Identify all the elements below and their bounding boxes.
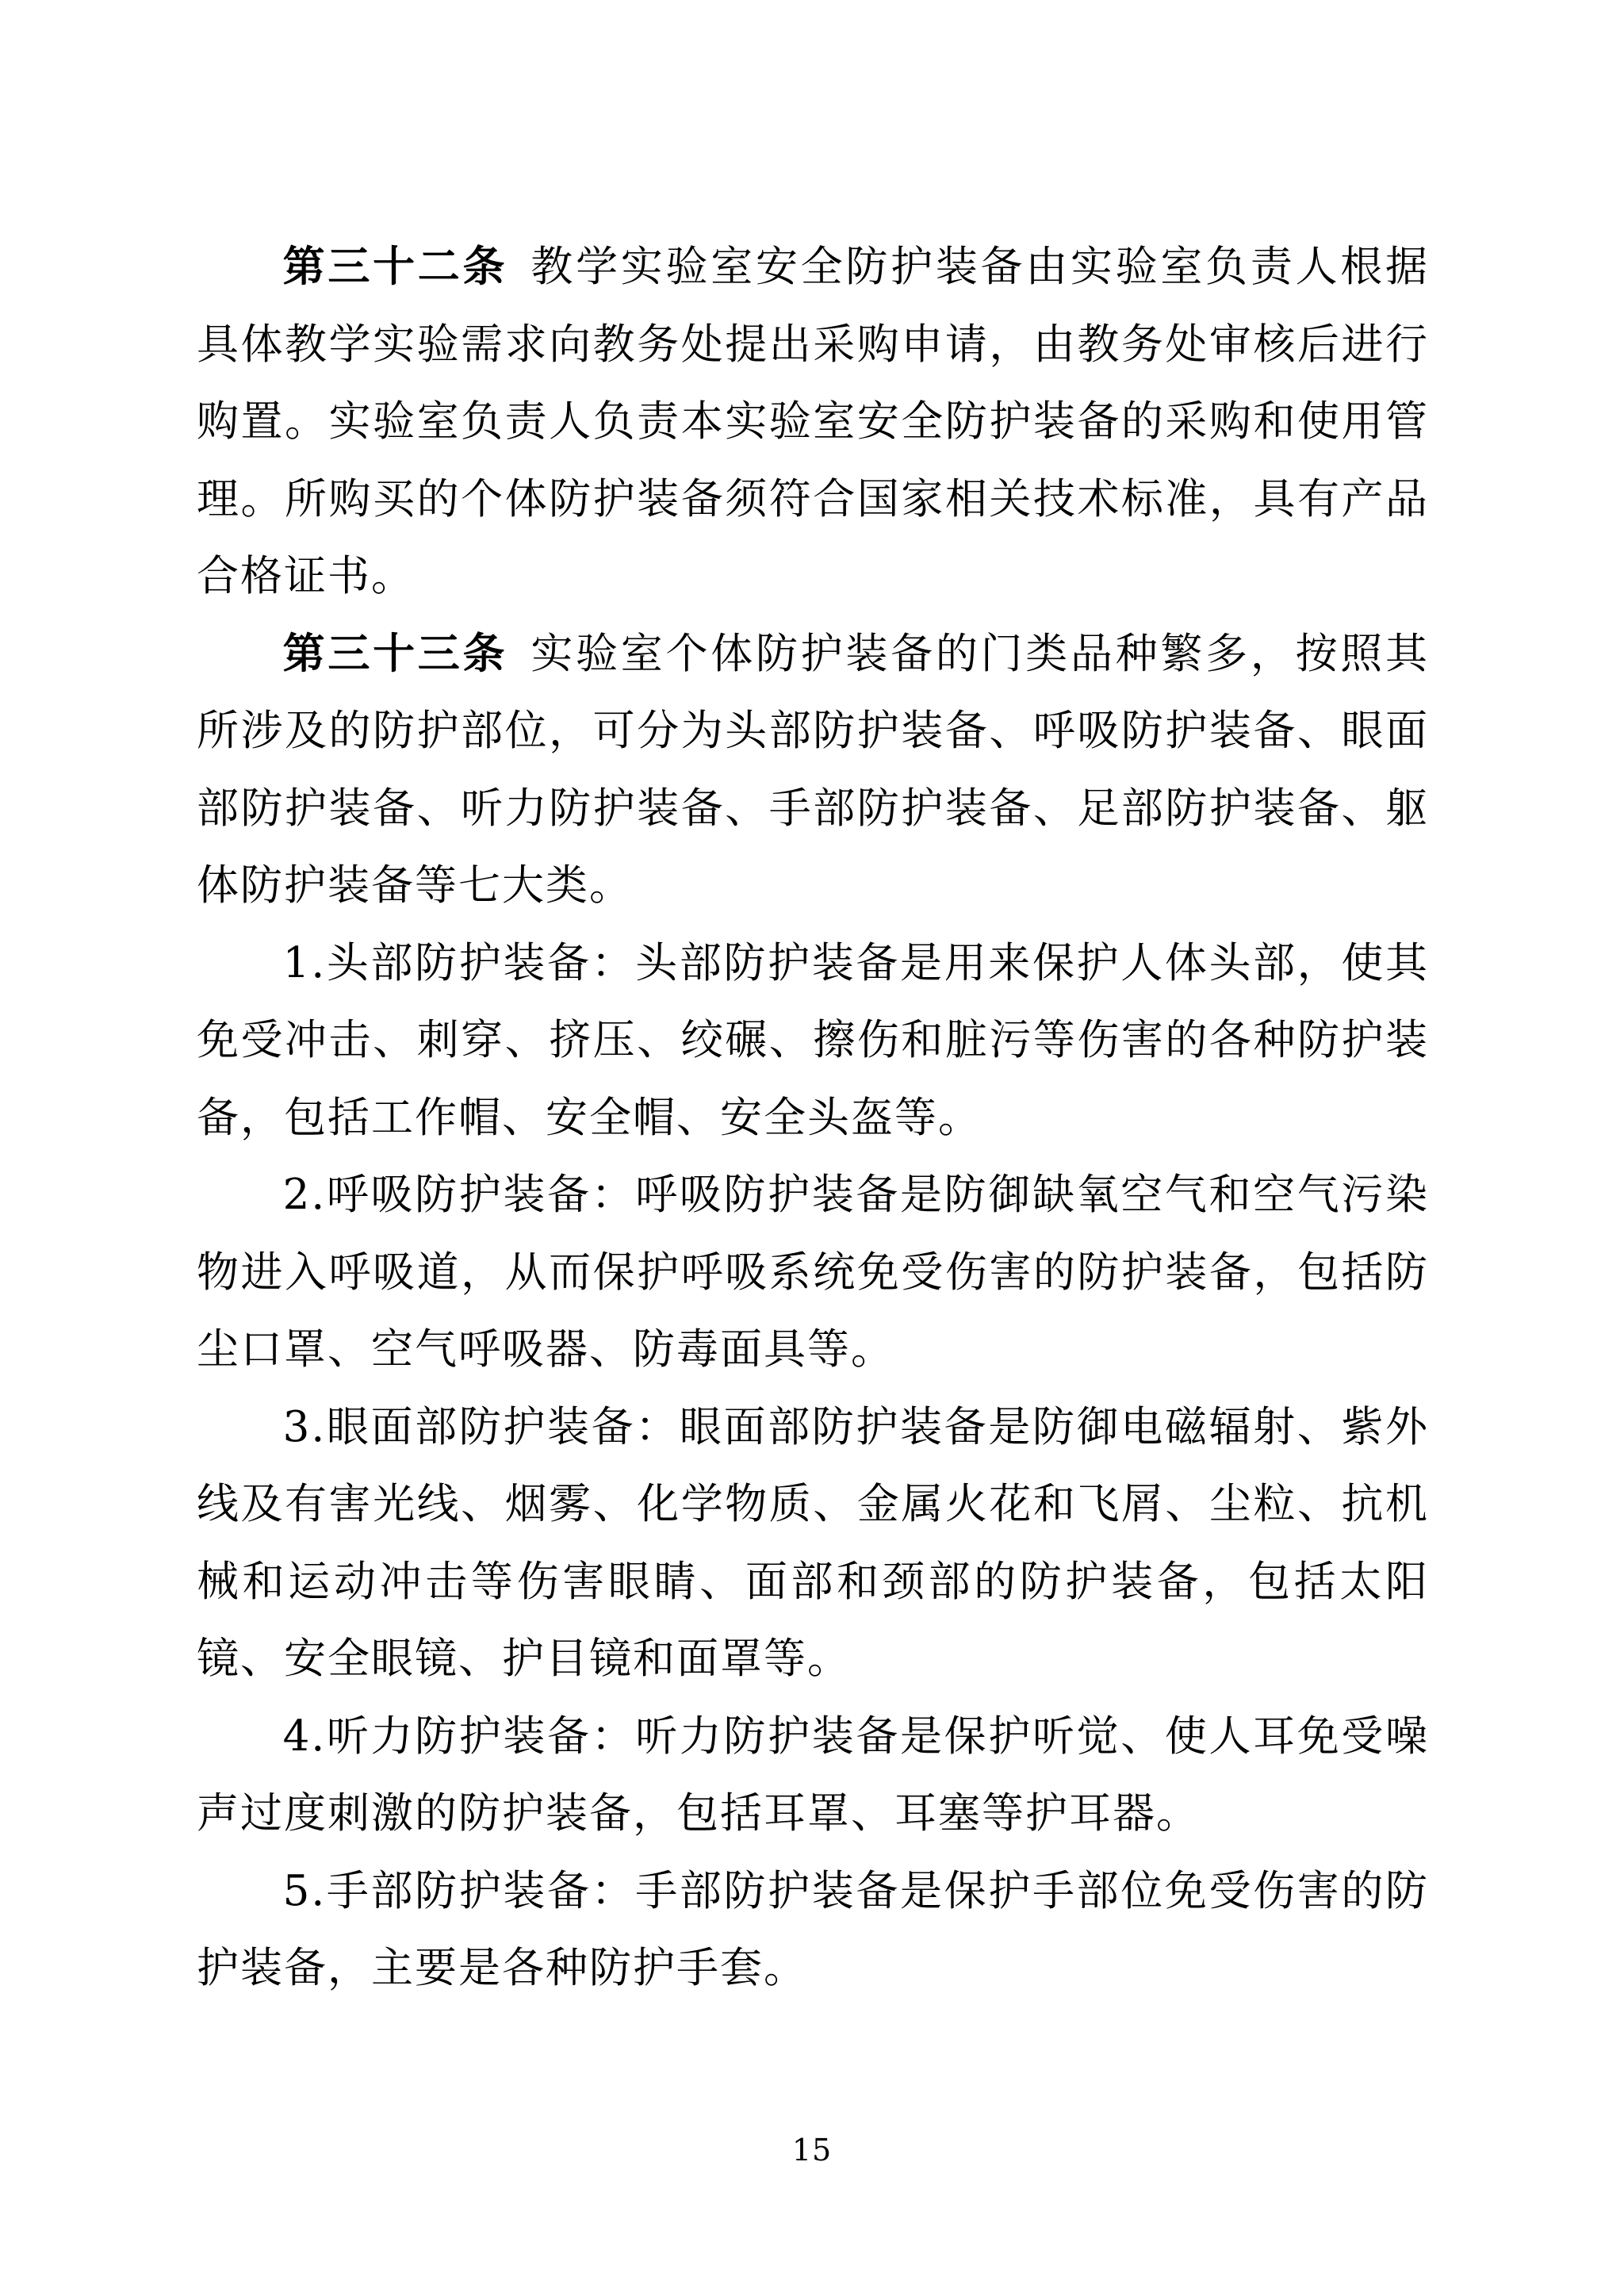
- list-item-head-protection: 1.头部防护装备：头部防护装备是用来保护人体头部，使其免受冲击、刺穿、挤压、绞碾…: [197, 925, 1429, 1157]
- document-body: 第三十二条教学实验室安全防护装备由实验室负责人根据具体教学实验需求向教务处提出采…: [197, 228, 1429, 2007]
- document-page: 第三十二条教学实验室安全防护装备由实验室负责人根据具体教学实验需求向教务处提出采…: [0, 0, 1624, 2296]
- article-32-heading: 第三十二条: [283, 242, 508, 291]
- article-paragraph-32: 第三十二条教学实验室安全防护装备由实验室负责人根据具体教学实验需求向教务处提出采…: [197, 228, 1429, 615]
- list-item-hand-protection: 5.手部防护装备：手部防护装备是保护手部位免受伤害的防护装备，主要是各种防护手套…: [197, 1853, 1429, 2007]
- article-32-body: 教学实验室安全防护装备由实验室负责人根据具体教学实验需求向教务处提出采购申请，由…: [197, 243, 1429, 600]
- list-item-hearing-protection: 4.听力防护装备：听力防护装备是保护听觉、使人耳免受噪声过度刺激的防护装备，包括…: [197, 1698, 1429, 1853]
- page-number: 15: [0, 2133, 1624, 2167]
- list-item-respiratory-protection: 2.呼吸防护装备：呼吸防护装备是防御缺氧空气和空气污染物进入呼吸道，从而保护呼吸…: [197, 1156, 1429, 1389]
- list-item-eye-face-protection: 3.眼面部防护装备：眼面部防护装备是防御电磁辐射、紫外线及有害光线、烟雾、化学物…: [197, 1389, 1429, 1698]
- article-paragraph-33: 第三十三条实验室个体防护装备的门类品种繁多，按照其所涉及的防护部位，可分为头部防…: [197, 615, 1429, 925]
- article-33-heading: 第三十三条: [283, 629, 508, 678]
